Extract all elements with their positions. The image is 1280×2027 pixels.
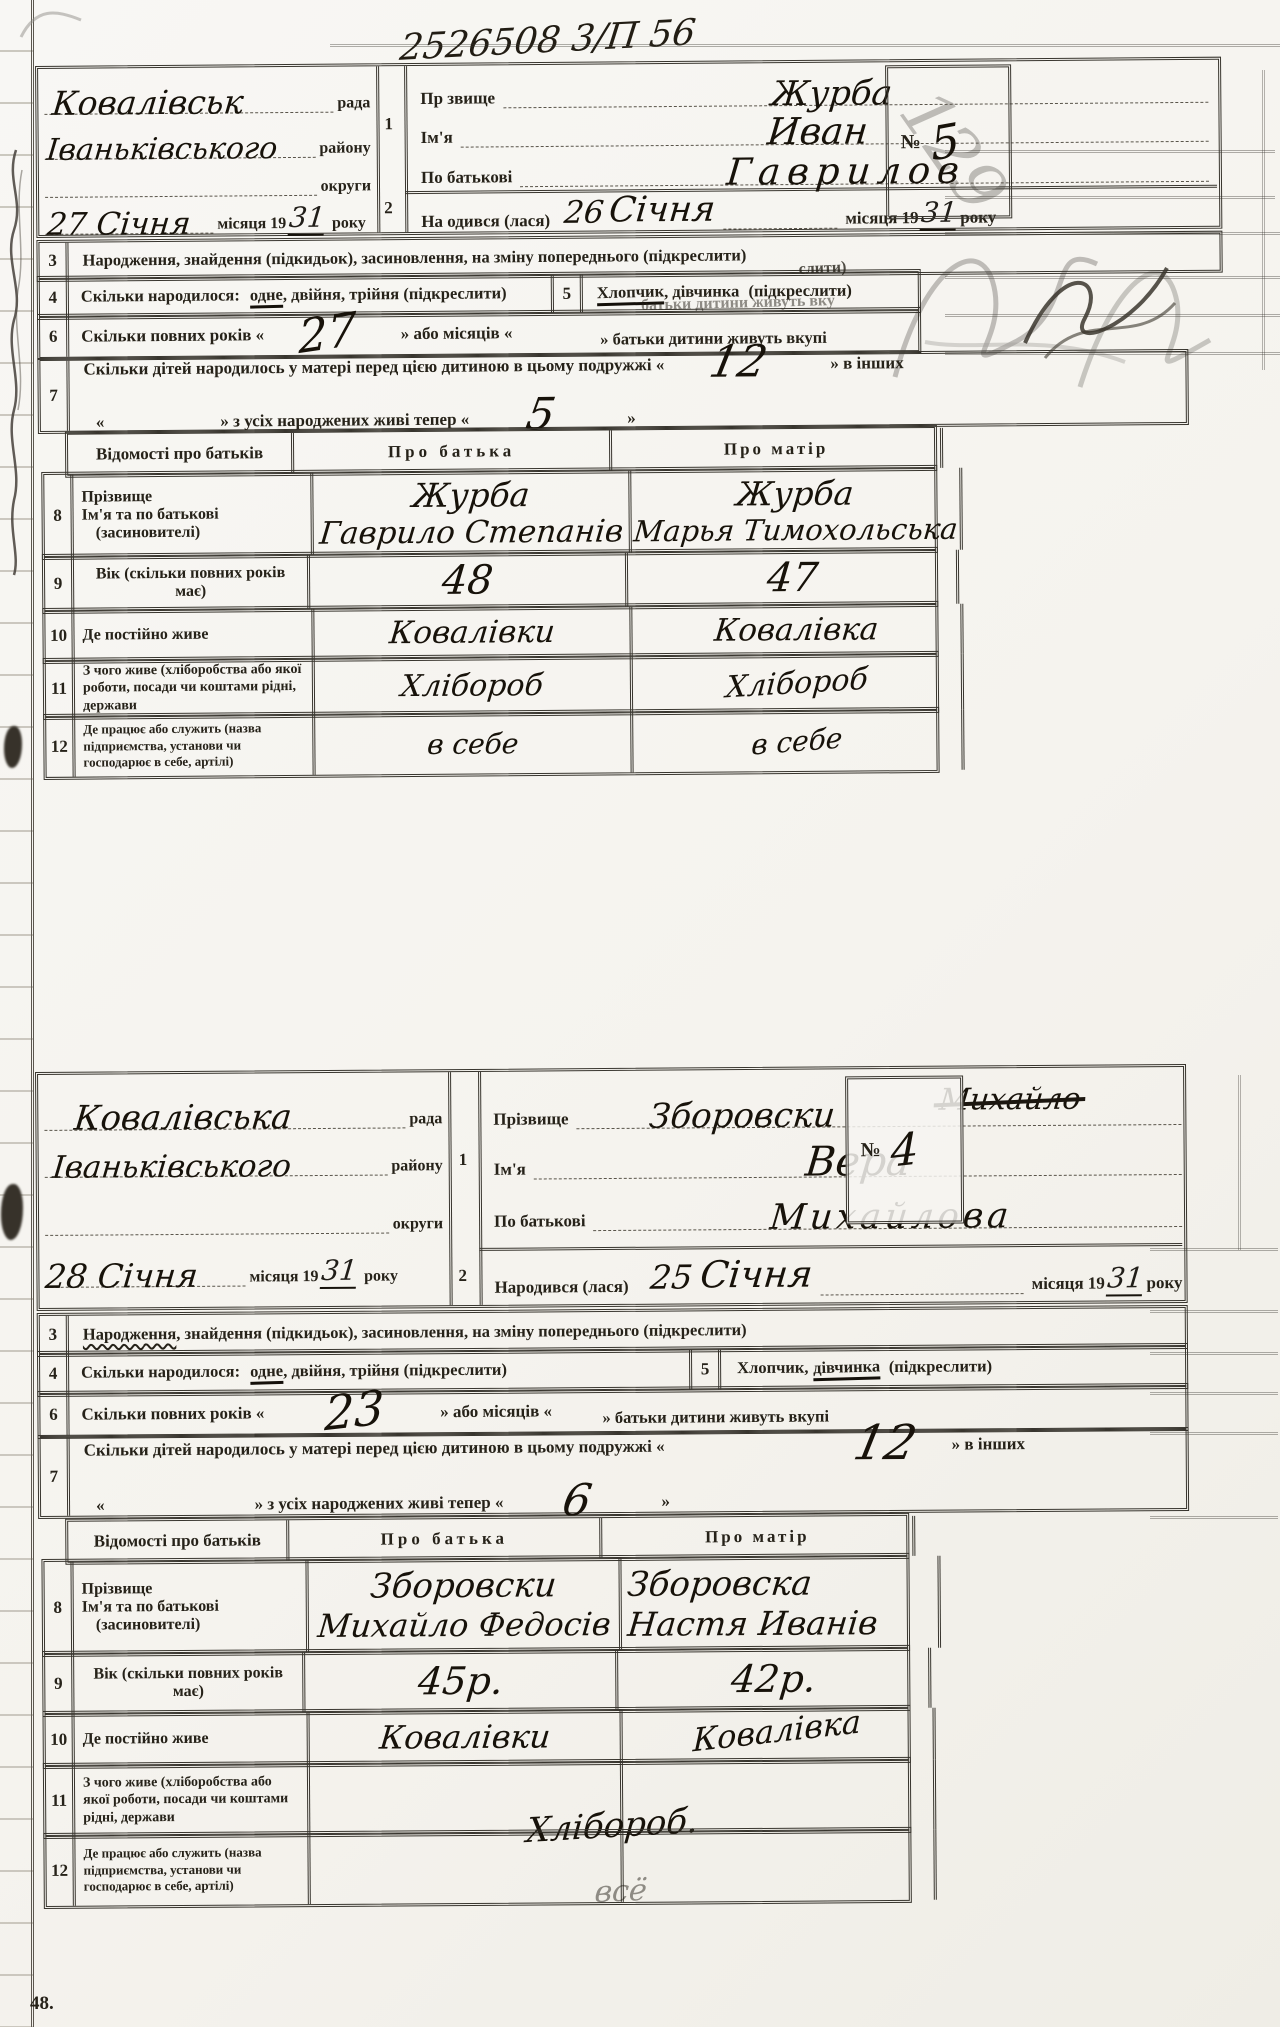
surname-label: Прізвище [493, 1109, 568, 1130]
ghost-fragment-slyty: слити) [798, 259, 846, 279]
record1-number-box: № 5 [885, 64, 1012, 219]
reg-date-value: 27 Січня [46, 206, 193, 243]
mother-fullname: Настя Иванів [626, 1603, 880, 1644]
row8-label-l1: Прізвище [82, 1580, 153, 1598]
row4-text: Скільки народилося: одне, двійня, трійня… [69, 282, 551, 309]
row6-number: 6 [40, 317, 69, 357]
row2-number: 2 [458, 1266, 467, 1286]
council-row: Ковалівськ рада [38, 66, 376, 115]
row4-rest: , двійня, трійня (підкреслити) [283, 283, 507, 304]
row9-label: Вік (скільки повних років має) [74, 1652, 305, 1714]
row7-line1-post: » в інших [952, 1434, 1025, 1455]
mother-surname: Журба [735, 473, 856, 513]
row8-number: 8 [44, 1562, 74, 1654]
mother-residence-cell: Ковалівка [622, 1708, 935, 1762]
name-label: Ім'я [421, 128, 453, 148]
record2-row12: 12 Де працює або служить (назва підприєм… [43, 1827, 912, 1909]
born-label: На одився (лася) [421, 211, 550, 232]
reg-year-value: 31 [288, 201, 327, 236]
row8-label-l2: Ім'я та по батькові [82, 506, 219, 525]
row4-one-underlined: одне [250, 284, 284, 308]
row7-line2-close: » [627, 408, 636, 428]
record1-row7: 7 Скільки дітей народилось у матері пере… [37, 349, 1189, 434]
row8-label-l2: Ім'я та по батькові [82, 1598, 219, 1617]
mother-residence: Ковалівка [693, 1702, 862, 1759]
father-age-cell: 48 [310, 552, 628, 608]
surname-label: Пр звище [420, 88, 495, 109]
row10-label: Де постійно живе [74, 609, 314, 661]
row7-line2-open: « [96, 1496, 105, 1516]
mother-occupation: Хлібороб [725, 661, 870, 705]
okruha-line [45, 157, 317, 198]
mother-age-cell: 47 [628, 550, 959, 607]
row12-label: Де працює або служить (назва підприємств… [75, 715, 315, 777]
father-age-cell: 45р. [305, 1650, 618, 1712]
mother-works-cell [623, 1830, 936, 1902]
row7-number: 7 [40, 361, 70, 431]
father-occupation-cell: Хлібороб [315, 656, 633, 714]
row11-number: 11 [46, 1766, 75, 1836]
row7-line1-pre: Скільки дітей народилось у матері перед … [83, 355, 664, 380]
roku-label: року [364, 1267, 398, 1285]
scanned-birth-register-page: 2526508 3/П 56 129 Ковалівськ рада [0, 0, 1280, 2027]
row7-line2-mid: » з усіх народжених живі тепер « [220, 409, 469, 431]
row12-number: 12 [46, 1836, 75, 1906]
row5-number: 5 [554, 275, 583, 313]
father-header: Про батька [294, 430, 612, 472]
record1-name-fields: Пр звище Журба Ім'я Иван По батькові Гав… [420, 64, 1209, 188]
record2-row8: 8 Прізвище Ім'я та по батькові (засинови… [41, 1553, 910, 1657]
row6-number: 6 [40, 1394, 69, 1436]
okruha-line [45, 1175, 389, 1236]
row4-pre: Скільки народилося: [81, 285, 240, 305]
row5-text: Хлопчик, дівчинка (підкреслити) [721, 1356, 992, 1381]
district-label: району [319, 139, 370, 157]
row8-label: Прізвище Ім'я та по батькові (засиновите… [73, 473, 314, 557]
record2-name-fields: Прізвище Зборовски Михайло Ім'я Вера По … [493, 1073, 1182, 1232]
row8-label-l3: (засиновителі) [82, 1616, 201, 1635]
month-19-label: місяця 19 [249, 1268, 318, 1286]
row8-label-l3: (засиновителі) [82, 524, 201, 543]
record-number-value: 4 [891, 1123, 919, 1177]
record1-header-box: Ковалівськ рада Іваньківського району ок… [35, 57, 1222, 238]
record1-row12: 12 Де працює або служить (назва підприєм… [43, 707, 939, 780]
row1-number: 1 [459, 1150, 468, 1170]
father-name-cell: Журба Гаврило Степанів [313, 470, 632, 554]
birth-record-2: Ковалівська рада Іваньківського району о… [35, 1059, 1280, 1913]
council-line: Ковалівськ [44, 66, 333, 115]
row3-first-word: Народження [82, 250, 176, 270]
father-header: Про батька [289, 1518, 602, 1560]
registration-date-row: 27 Січня місяця 19 31 року [39, 195, 377, 235]
mother-age-cell: 42р. [618, 1648, 931, 1710]
row4-pre: Скільки народилося: [81, 1361, 240, 1381]
father-age: 45р. [416, 1659, 505, 1704]
mother-works-cell: в себе [633, 710, 964, 773]
father-works: в себе [426, 727, 520, 761]
row1-number: 1 [384, 114, 393, 134]
row9-number: 9 [45, 1654, 74, 1714]
father-age: 48 [440, 557, 495, 603]
row7-line1-post: » в інших [830, 353, 904, 374]
patronymic-field: По батькові Михайлова [494, 1175, 1182, 1232]
mother-name-cell: Журба Марья Тимохольська [631, 468, 963, 553]
birth-day-value: 26 [562, 195, 605, 231]
row4-rest: , двійня, трійня (підкреслити) [283, 1359, 507, 1380]
patronymic-label: По батькові [494, 1211, 586, 1232]
row3-rest: , знайдення (підкидьок), засиновлення, н… [176, 245, 747, 268]
birth-month-value: Січня [608, 190, 718, 231]
patronymic-label: По батькові [421, 167, 513, 188]
row4-one-underlined: одне [250, 1360, 284, 1384]
father-residence: Ковалівки [377, 1717, 551, 1756]
margin-vertical-handwriting [2, 140, 28, 580]
row7-content: Скільки дітей народилось у матері перед … [69, 352, 1186, 431]
mother-header: Про матір [612, 428, 943, 471]
mother-residence: Ковалівка [713, 611, 880, 648]
district-line: Іваньківського [44, 1128, 387, 1178]
patronymic-line: Гаврилов [520, 141, 1209, 187]
father-fullname: Михайло Федосів [316, 1605, 612, 1645]
reg-date-line: 28 Січня [45, 1234, 245, 1288]
reg-date-value: 28 Січня [44, 1256, 200, 1296]
father-occupation: Хлібороб [400, 668, 545, 704]
registration-date-row: 28 Січня місяця 19 31 року [39, 1233, 449, 1288]
month-19-label: місяця 19 [217, 215, 286, 234]
father-fullname: Гаврило Степанів [318, 513, 625, 551]
roku-label: року [1146, 1273, 1182, 1293]
record1-row8: 8 Прізвище Ім'я та по батькові (засинови… [41, 465, 938, 560]
mother-surname: Зборовска [626, 1563, 814, 1604]
children-before-value: 12 [849, 1414, 922, 1471]
bottom-page-number: 48. [30, 1993, 54, 2015]
row3-number: 3 [40, 1316, 69, 1354]
mother-residence-cell: Ковалівка [632, 604, 963, 657]
birthdate-line [723, 190, 837, 230]
row3-text: Народження, знайдення (підкидьок), засин… [68, 245, 746, 270]
council-label: рада [409, 1110, 442, 1128]
reg-year-value: 31 [320, 1254, 359, 1289]
row3-text: Народження, знайдення (підкидьок), засин… [69, 1320, 747, 1345]
row9-number: 9 [45, 557, 74, 611]
no-sign: № [901, 131, 921, 154]
born-label: Народився (лася) [494, 1277, 628, 1298]
father-residence-cell: Ковалівки [314, 606, 632, 658]
mother-fullname: Марья Тимохольська [632, 511, 959, 548]
council-line: Ковалівська [44, 1071, 405, 1131]
row5-girl-underlined: дівчинка [812, 1356, 880, 1381]
mother-occupation-cell: Хлібороб [633, 654, 964, 713]
row7-line1: Скільки дітей народилось у матері перед … [83, 335, 1185, 395]
row11-label: З чого живе (хліборобства або якої робот… [75, 1764, 310, 1836]
mother-age: 47 [764, 555, 819, 601]
row2-number: 2 [384, 198, 393, 218]
no-sign: № [861, 1139, 881, 1162]
father-residence-cell: Ковалівки [310, 1710, 623, 1764]
row5-suffix: (підкреслити) [889, 1356, 992, 1376]
row7-line2-close: » [661, 1492, 670, 1512]
father-name-cell: Зборовски Михайло Федосів [308, 1558, 622, 1652]
father-works-cell [310, 1832, 623, 1904]
row7-line2-mid: » з усіх народжених живі тепер « [254, 1493, 503, 1515]
record2-header-box: Ковалівська рада Іваньківського району о… [35, 1064, 1188, 1311]
record-number-value: 5 [929, 112, 962, 171]
mother-works: в себе [751, 721, 844, 761]
record2-row7: 7 Скільки дітей народилось у матері пере… [38, 1427, 1190, 1519]
row10-number: 10 [45, 611, 74, 661]
father-surname: Журба [410, 475, 531, 515]
row3-number: 3 [39, 243, 68, 279]
birth-year-value: 31 [1106, 1261, 1145, 1296]
row11-number: 11 [46, 661, 75, 717]
birth-month-value: Січня [698, 1253, 814, 1297]
birth-day-value: 25 [649, 1257, 695, 1296]
row4-number: 4 [40, 279, 69, 317]
works-faint-value: всё [593, 1873, 648, 1910]
name-label: Ім'я [494, 1160, 526, 1180]
mother-name-cell: Зборовска Настя Иванів [621, 1556, 941, 1650]
okruha-row: округи [39, 1175, 449, 1236]
record1-council-block: Ковалівськ рада Іваньківського району ок… [38, 66, 380, 235]
row5-boy: Хлопчик [737, 1357, 804, 1376]
reg-date-line: 27 Січня [45, 196, 213, 235]
council-row: Ковалівська рада [38, 1072, 448, 1131]
corner-pencil-mark [16, 2, 86, 42]
council-label: рада [337, 94, 370, 112]
row3-rest: , знайдення (підкидьок), засиновлення, н… [176, 1320, 747, 1343]
okruha-row: округи [39, 157, 377, 198]
row7-number: 7 [41, 1438, 71, 1516]
row7-content: Скільки дітей народилось у матері перед … [70, 1430, 1187, 1516]
record2-number-box: № 4 [845, 1076, 964, 1225]
row10-label: Де постійно живе [75, 1712, 310, 1766]
month-19-label: місяця 19 [1032, 1274, 1105, 1295]
birth-record-1: Ковалівськ рада Іваньківського району ок… [35, 50, 1280, 780]
district-label: району [391, 1157, 442, 1175]
row12-number: 12 [46, 717, 75, 777]
okruha-label: округи [393, 1215, 444, 1233]
roku-label: року [332, 214, 366, 232]
row8-number: 8 [44, 475, 74, 557]
district-row: Іваньківського району [38, 112, 376, 160]
district-line: Іваньківського [44, 112, 315, 160]
father-residence: Ковалівки [388, 614, 557, 651]
row12-label: Де працює або служить (назва підприємств… [75, 1834, 310, 1906]
row5-sep: , [804, 1357, 808, 1376]
father-surname: Зборовски [369, 1565, 559, 1606]
parents-info-header: Відомості про батьків [68, 1520, 289, 1562]
row7-line2-open: « [96, 412, 105, 432]
record1-row-numbers: 1 2 [376, 66, 408, 232]
row7-line1: Скільки дітей народилось у матері перед … [83, 1414, 1185, 1478]
birthdate-line [820, 1249, 1023, 1295]
row9-label: Вік (скільки повних років має) [74, 555, 310, 611]
children-before-value: 12 [705, 336, 771, 388]
surname-field: Прізвище Зборовски Михайло [493, 1073, 1181, 1130]
row8-label-l1: Прізвище [81, 488, 152, 507]
row7-line1-pre: Скільки дітей народилось у матері перед … [84, 1436, 665, 1460]
father-works-cell: в себе [315, 712, 633, 774]
surname-line: Журба [503, 63, 1209, 109]
row5-number: 5 [692, 1349, 721, 1389]
row8-label: Прізвище Ім'я та по батькові (засиновите… [73, 1560, 309, 1654]
row11-label: З чого живе (хліборобства або якої робот… [75, 659, 315, 717]
patronymic-field: По батькові Гаврилов [421, 142, 1209, 188]
record2-row11: 11 З чого живе (хліборобства або якої ро… [43, 1757, 912, 1839]
row4-number: 4 [40, 1354, 69, 1394]
parents-info-header: Відомості про батьків [68, 433, 294, 475]
mother-header: Про матір [602, 1516, 915, 1558]
name-field: Ім'я Вера [493, 1125, 1181, 1180]
record2-row-numbers: 1 2 [448, 1072, 483, 1305]
okruha-label: округи [321, 177, 372, 195]
record2-council-block: Ковалівська рада Іваньківського району о… [38, 1072, 453, 1308]
row10-number: 10 [46, 1714, 75, 1766]
ghost-line [330, 44, 1280, 47]
mother-age: 42р. [729, 1657, 818, 1702]
record2-birthdate-row: Народився (лася) 25 Січня місяця 19 31 р… [494, 1249, 1182, 1298]
row3-first-word-underlined: Народження [83, 1324, 177, 1344]
district-row: Іваньківського району [38, 1128, 448, 1178]
